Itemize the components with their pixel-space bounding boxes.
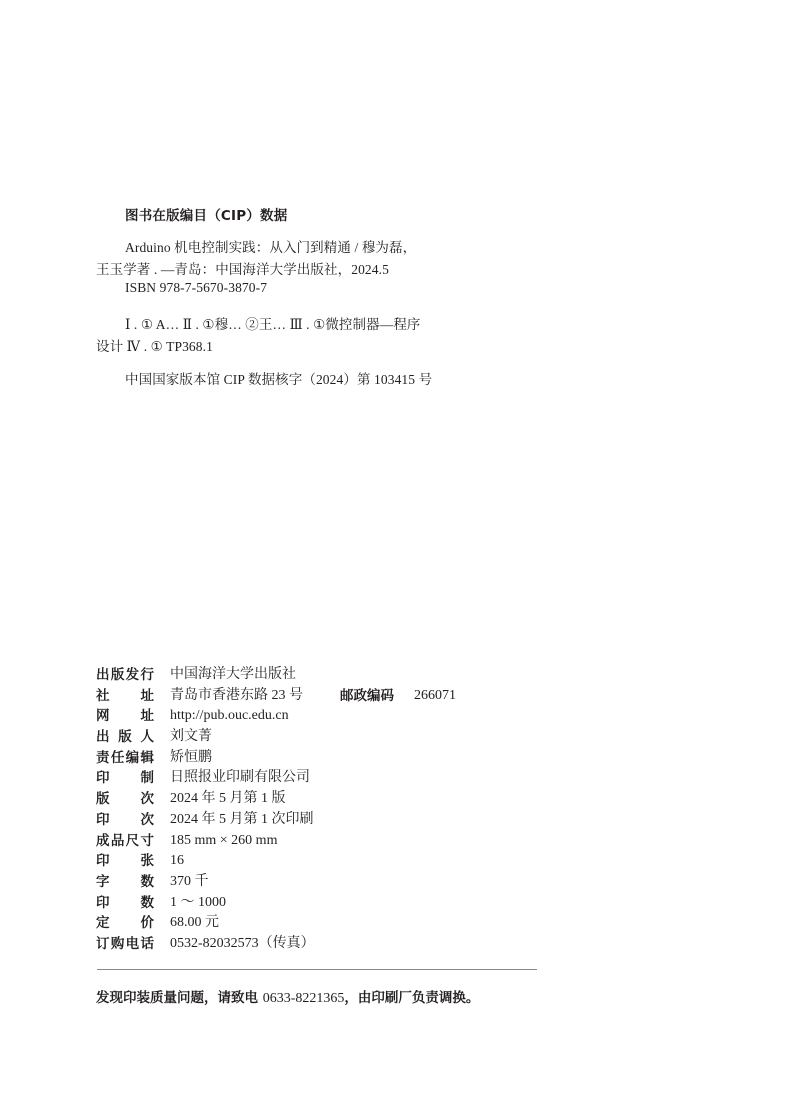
imprint-value: 矫恒鹏 xyxy=(170,748,212,769)
imprint-value: 中国海洋大学出版社 xyxy=(170,665,296,686)
imprint-label: 出版发行 xyxy=(96,665,154,686)
divider-rule xyxy=(97,969,537,970)
cip-line-authors: 王玉学著 . —青岛：中国海洋大学出版社，2024.5 xyxy=(96,258,389,278)
imprint-label: 印数 xyxy=(96,893,154,914)
imprint-value: 185 mm × 260 mm xyxy=(170,831,277,852)
cip-line-record-number: 中国国家版本馆 CIP 数据核字（2024）第 103415 号 xyxy=(125,368,432,388)
imprint-label: 版次 xyxy=(96,789,154,810)
notice-prefix: 发现印装质量问题，请致电 xyxy=(96,990,263,1006)
imprint-label: 出版人 xyxy=(96,727,154,748)
imprint-row-word-count: 字数 370 千 xyxy=(96,872,556,893)
notice-suffix: ，由印刷厂负责调换。 xyxy=(344,990,479,1006)
cip-heading: 图书在版编目（CIP）数据 xyxy=(125,204,287,224)
imprint-row-publisher-person: 出版人 刘文菁 xyxy=(96,727,556,748)
postal-code-label: 邮政编码 xyxy=(340,686,394,707)
copyright-page: 图书在版编目（CIP）数据 Arduino 机电控制实践：从入门到精通 / 穆为… xyxy=(0,0,799,1114)
website-url: http://pub.ouc.edu.cn xyxy=(170,706,289,727)
imprint-value: 青岛市香港东路 23 号 xyxy=(170,686,303,707)
imprint-value: 1 ～ 1000 xyxy=(170,893,226,914)
imprint-row-printer: 印制 日照报业印刷有限公司 xyxy=(96,768,556,789)
imprint-row-impression: 印次 2024 年 5 月第 1 次印刷 xyxy=(96,810,556,831)
cip-line-classification-cont: 设计 Ⅳ . ① TP368.1 xyxy=(96,335,213,355)
notice-phone: 0633-8221365 xyxy=(263,991,345,1006)
imprint-label: 印张 xyxy=(96,851,154,872)
order-phone-value: 0532-82032573（传真） xyxy=(170,934,315,955)
cip-line-classification: Ⅰ . ① A… Ⅱ . ①穆… ②王… Ⅲ . ①微控制器—程序 xyxy=(125,313,421,333)
imprint-label: 印次 xyxy=(96,810,154,831)
imprint-row-edition: 版次 2024 年 5 月第 1 版 xyxy=(96,789,556,810)
imprint-label: 定价 xyxy=(96,913,154,934)
imprint-label: 成品尺寸 xyxy=(96,831,154,852)
imprint-label: 网址 xyxy=(96,706,154,727)
imprint-value: 370 千 xyxy=(170,872,209,893)
imprint-row-print-run: 印数 1 ～ 1000 xyxy=(96,893,556,914)
imprint-row-editor: 责任编辑 矫恒鹏 xyxy=(96,748,556,769)
imprint-label: 责任编辑 xyxy=(96,748,154,769)
imprint-row-website: 网址 http://pub.ouc.edu.cn xyxy=(96,706,556,727)
postal-code-value: 266071 xyxy=(414,686,456,707)
imprint-row-address: 社址 青岛市香港东路 23 号 邮政编码 266071 xyxy=(96,686,556,707)
imprint-label: 字数 xyxy=(96,872,154,893)
imprint-value: 2024 年 5 月第 1 次印刷 xyxy=(170,810,314,831)
imprint-row-order-phone: 订购电话 0532-82032573（传真） xyxy=(96,934,556,955)
cip-line-isbn: ISBN 978-7-5670-3870-7 xyxy=(125,280,267,296)
imprint-row-trim-size: 成品尺寸 185 mm × 260 mm xyxy=(96,831,556,852)
price-value: 68.00 元 xyxy=(170,913,219,934)
quality-notice: 发现印装质量问题，请致电 0633-8221365，由印刷厂负责调换。 xyxy=(96,986,479,1007)
imprint-value: 刘文菁 xyxy=(170,727,212,748)
imprint-value: 日照报业印刷有限公司 xyxy=(170,768,310,789)
imprint-label: 印制 xyxy=(96,768,154,789)
imprint-value: 16 xyxy=(170,851,184,872)
imprint-table: 出版发行 中国海洋大学出版社 社址 青岛市香港东路 23 号 邮政编码 2660… xyxy=(96,665,556,955)
imprint-value: 2024 年 5 月第 1 版 xyxy=(170,789,286,810)
imprint-label: 订购电话 xyxy=(96,934,154,955)
imprint-row-price: 定价 68.00 元 xyxy=(96,913,556,934)
imprint-row-publisher: 出版发行 中国海洋大学出版社 xyxy=(96,665,556,686)
imprint-label: 社址 xyxy=(96,686,154,707)
cip-line-title: Arduino 机电控制实践：从入门到精通 / 穆为磊， xyxy=(125,236,416,256)
imprint-row-sheets: 印张 16 xyxy=(96,851,556,872)
